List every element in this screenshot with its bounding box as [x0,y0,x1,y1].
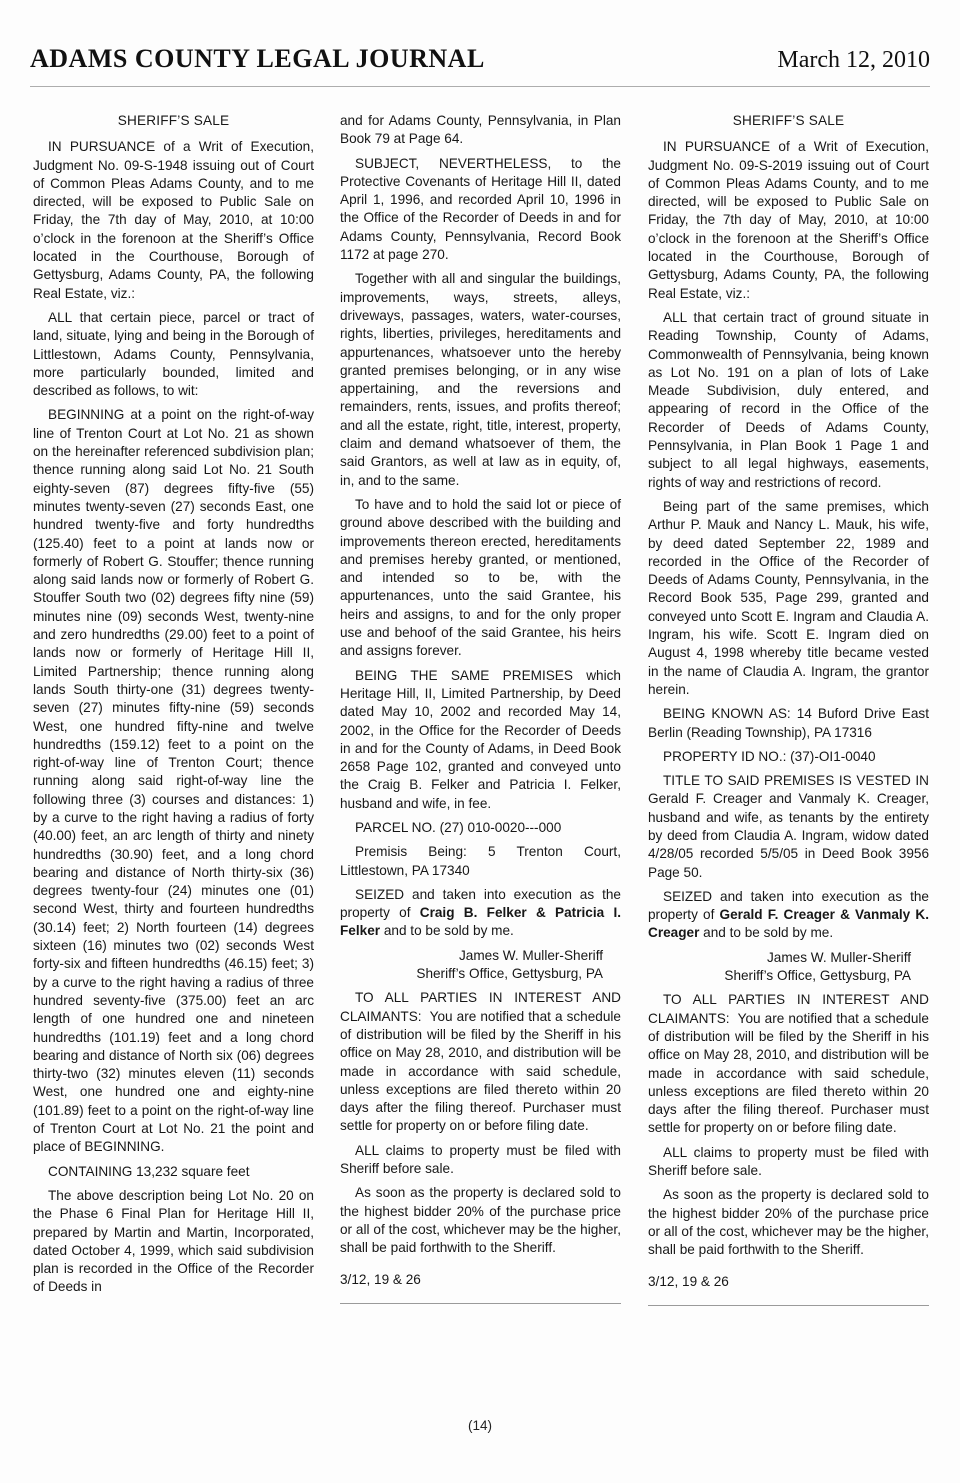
journal-title: ADAMS COUNTY LEGAL JOURNAL [30,44,485,74]
paragraph: TO ALL PARTIES IN INTEREST AND CLAIMANTS… [340,989,621,1135]
page-header: ADAMS COUNTY LEGAL JOURNAL March 12, 201… [30,44,930,87]
sheriff-office: Sheriff’s Office, Gettysburg, PA [648,967,929,985]
page-number: (14) [0,1418,960,1433]
paragraph: Being part of the same premises, which A… [648,498,929,699]
sheriff-office: Sheriff’s Office, Gettysburg, PA [340,965,621,983]
paragraph: Together with all and singular the build… [340,270,621,490]
paragraph: ALL claims to property must be filed wit… [648,1144,929,1181]
premises-address: BEING KNOWN AS: 14 Buford Drive East Ber… [648,705,929,742]
publication-dates: 3/12, 19 & 26 [340,1271,621,1289]
paragraph: CONTAINING 13,232 square feet [33,1163,314,1181]
seized-paragraph: SEIZED and taken into execution as the p… [340,886,621,941]
issue-date: March 12, 2010 [777,47,930,74]
paragraph: ALL that certain tract of ground situate… [648,309,929,492]
paragraph: BEGINNING at a point on the right-of-way… [33,406,314,1156]
sale-heading: SHERIFF’S SALE [33,112,314,130]
property-id: PROPERTY ID NO.: (37)-OI1-0040 [648,748,929,766]
notice-separator-rule [648,1305,929,1306]
premises-address: Premisis Being: 5 Trenton Court, Littles… [340,843,621,880]
text-column-2: and for Adams County, Pennsylvania, in P… [340,112,621,1304]
sheriff-signature: James W. Muller-Sheriff [340,947,621,965]
paragraph: TO ALL PARTIES IN INTEREST AND CLAIMANTS… [648,991,929,1137]
paragraph: SUBJECT, NEVERTHELESS, to the Protective… [340,155,621,265]
paragraph: To have and to hold the said lot or piec… [340,496,621,661]
paragraph: TITLE TO SAID PREMISES IS VESTED IN Gera… [648,772,929,882]
parcel-number: PARCEL NO. (27) 010-0020---000 [340,819,621,837]
sale-heading: SHERIFF’S SALE [648,112,929,130]
sheriff-signature: James W. Muller-Sheriff [648,949,929,967]
paragraph: ALL that certain piece, parcel or tract … [33,309,314,400]
paragraph: The above description being Lot No. 20 o… [33,1187,314,1297]
paragraph: BEING THE SAME PREMISES which Heritage H… [340,667,621,813]
paragraph: As soon as the property is declared sold… [340,1184,621,1257]
paragraph: IN PURSUANCE of a Writ of Execution, Jud… [33,138,314,303]
paragraph: ALL claims to property must be filed wit… [340,1142,621,1179]
text-column-1: SHERIFF’S SALEIN PURSUANCE of a Writ of … [33,112,314,1303]
publication-dates: 3/12, 19 & 26 [648,1273,929,1291]
paragraph: IN PURSUANCE of a Writ of Execution, Jud… [648,138,929,303]
notice-separator-rule [340,1303,621,1304]
paragraph: As soon as the property is declared sold… [648,1186,929,1259]
seized-paragraph: SEIZED and taken into execution as the p… [648,888,929,943]
text-column-3: SHERIFF’S SALEIN PURSUANCE of a Writ of … [648,112,929,1306]
paragraph: and for Adams County, Pennsylvania, in P… [340,112,621,149]
